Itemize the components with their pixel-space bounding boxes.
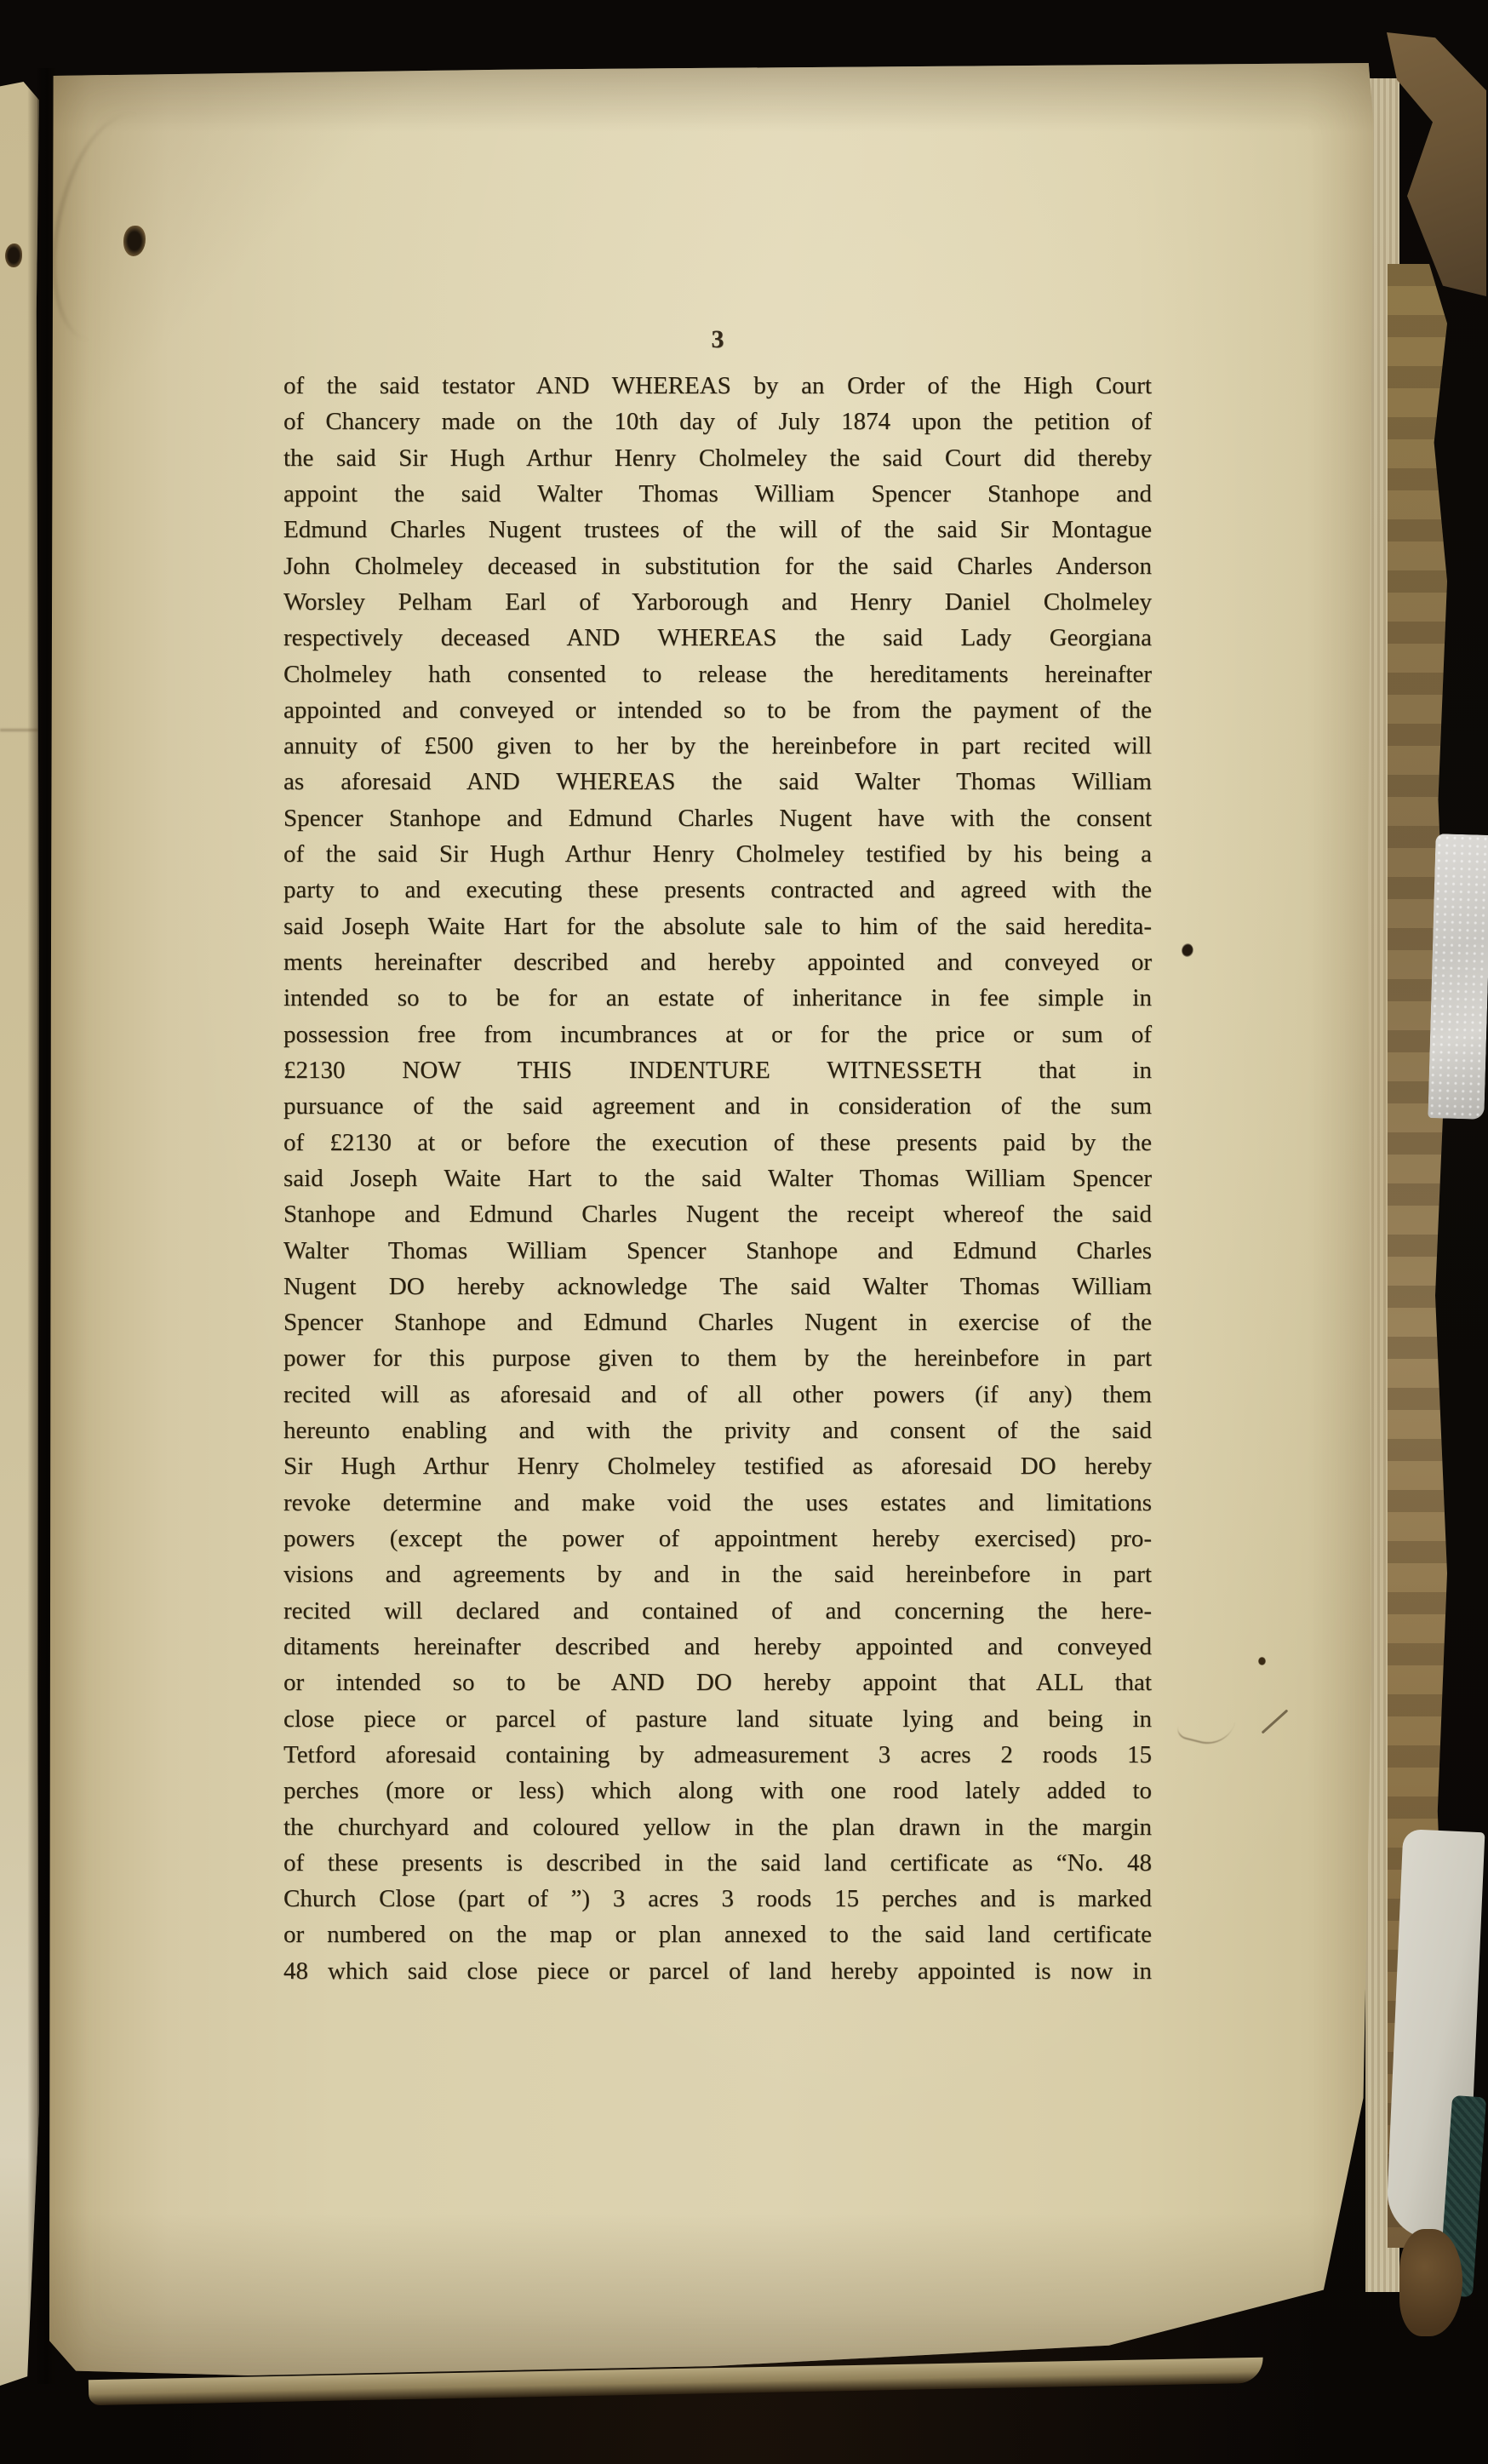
text-line: of £2130 at or before the execution of t… bbox=[283, 1125, 1152, 1160]
book-page: 3 of the said testator AND WHEREAS by an… bbox=[49, 63, 1374, 2375]
text-line: close piece or parcel of pasture land si… bbox=[283, 1701, 1152, 1737]
text-line: Walter Thomas William Spencer Stanhope a… bbox=[283, 1233, 1152, 1269]
text-line: John Cholmeley deceased in substitution … bbox=[283, 548, 1152, 584]
left-page-edge bbox=[0, 82, 39, 2386]
page-number: 3 bbox=[283, 325, 1152, 354]
text-line: said Joseph Waite Hart for the absolute … bbox=[283, 908, 1152, 944]
paper-hole bbox=[5, 244, 22, 267]
text-line: of the said testator AND WHEREAS by an O… bbox=[283, 368, 1152, 404]
text-line: the churchyard and coloured yellow in th… bbox=[283, 1809, 1152, 1845]
text-line: Church Close (part of ”) 3 acres 3 roods… bbox=[283, 1881, 1152, 1917]
text-line: Spencer Stanhope and Edmund Charles Nuge… bbox=[283, 1304, 1152, 1340]
text-line: of the said Sir Hugh Arthur Henry Cholme… bbox=[283, 836, 1152, 872]
paper-fragment bbox=[1399, 2229, 1462, 2336]
text-line: Spencer Stanhope and Edmund Charles Nuge… bbox=[283, 800, 1152, 836]
text-line: intended so to be for an estate of inher… bbox=[283, 980, 1152, 1016]
text-line: pursuance of the said agreement and in c… bbox=[283, 1088, 1152, 1124]
text-line: appointed and conveyed or intended so to… bbox=[283, 692, 1152, 728]
text-line: ditaments hereinafter described and here… bbox=[283, 1629, 1152, 1665]
text-line: recited will as aforesaid and of all oth… bbox=[283, 1377, 1152, 1413]
text-line: appoint the said Walter Thomas William S… bbox=[283, 476, 1152, 512]
text-line: hereunto enabling and with the privity a… bbox=[283, 1413, 1152, 1448]
text-line: or intended so to be AND DO hereby appoi… bbox=[283, 1665, 1152, 1700]
document-text: of the said testator AND WHEREAS by an O… bbox=[283, 368, 1152, 1989]
text-line: revoke determine and make void the uses … bbox=[283, 1485, 1152, 1521]
text-line: perches (more or less) which along with … bbox=[283, 1773, 1152, 1808]
text-line: visions and agreements by and in the sai… bbox=[283, 1556, 1152, 1592]
text-line: Worsley Pelham Earl of Yarborough and He… bbox=[283, 584, 1152, 620]
text-line: Stanhope and Edmund Charles Nugent the r… bbox=[283, 1196, 1152, 1232]
text-line: party to and executing these presents co… bbox=[283, 872, 1152, 908]
text-line: annuity of £500 given to her by the here… bbox=[283, 728, 1152, 764]
ink-speck bbox=[1180, 942, 1196, 959]
text-line: Sir Hugh Arthur Henry Cholmeley testifie… bbox=[283, 1448, 1152, 1484]
text-line: as aforesaid AND WHEREAS the said Walter… bbox=[283, 764, 1152, 799]
page-crease bbox=[43, 106, 183, 348]
text-line: Nugent DO hereby acknowledge The said Wa… bbox=[283, 1269, 1152, 1304]
text-line: possession free from incumbrances at or … bbox=[283, 1017, 1152, 1052]
ink-speck bbox=[1258, 1657, 1266, 1665]
pen-stroke bbox=[1262, 1710, 1289, 1734]
text-line: said Joseph Waite Hart to the said Walte… bbox=[283, 1160, 1152, 1196]
tissue-insert bbox=[1428, 834, 1488, 1120]
text-line: powers (except the power of appointment … bbox=[283, 1521, 1152, 1556]
text-line: of Chancery made on the 10th day of July… bbox=[283, 404, 1152, 439]
text-line: recited will declared and contained of a… bbox=[283, 1593, 1152, 1629]
text-line: 48 which said close piece or parcel of l… bbox=[283, 1953, 1152, 1989]
text-line: Tetford aforesaid containing by admeasur… bbox=[283, 1737, 1152, 1773]
text-line: or numbered on the map or plan annexed t… bbox=[283, 1917, 1152, 1952]
text-line: power for this purpose given to them by … bbox=[283, 1340, 1152, 1376]
text-line: Cholmeley hath consented to release the … bbox=[283, 656, 1152, 692]
text-line: ments hereinafter described and hereby a… bbox=[283, 944, 1152, 980]
page-crease bbox=[0, 729, 39, 731]
text-line: respectively deceased AND WHEREAS the sa… bbox=[283, 620, 1152, 656]
photo-background: 3 of the said testator AND WHEREAS by an… bbox=[0, 0, 1488, 2464]
text-line: £2130 NOW THIS INDENTURE WITNESSETH that… bbox=[283, 1052, 1152, 1088]
text-line: the said Sir Hugh Arthur Henry Cholmeley… bbox=[283, 440, 1152, 476]
text-line: Edmund Charles Nugent trustees of the wi… bbox=[283, 512, 1152, 547]
pen-stroke bbox=[1176, 1709, 1235, 1750]
text-line: of these presents is described in the sa… bbox=[283, 1845, 1152, 1881]
